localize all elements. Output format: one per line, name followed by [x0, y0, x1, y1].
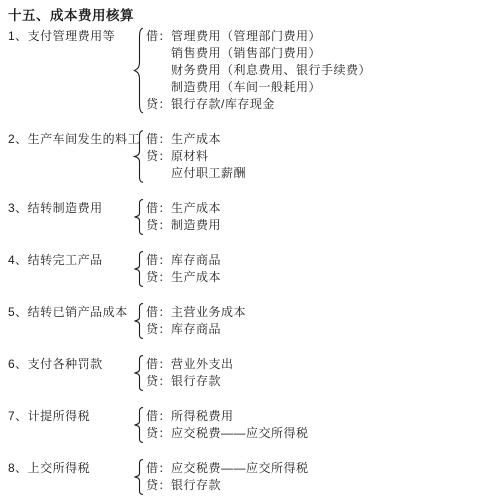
entry-lines: 借：生产成本贷：原材料应付职工薪酬	[146, 131, 472, 182]
entry-line: 贷：原材料	[146, 148, 472, 165]
curly-brace-icon	[132, 355, 144, 391]
account-text: 生产成本	[171, 270, 221, 284]
account-text: 主营业务成本	[171, 305, 246, 319]
item-label: 1、支付管理费用等	[8, 28, 132, 45]
item-label: 7、计提所得税	[8, 408, 132, 425]
items-container: 1、支付管理费用等借：管理费用（管理部门费用）销售费用（销售部门费用）财务费用（…	[8, 28, 472, 495]
entry-line: 财务费用（利息费用、银行手续费）	[146, 62, 472, 79]
curly-brace-icon	[132, 459, 144, 495]
journal-entry-item: 7、计提所得税借：所得税费用贷：应交税费——应交所得税	[8, 408, 472, 443]
entry-lines: 借：营业外支出贷：银行存款	[146, 356, 472, 390]
entry-line: 借：生产成本	[146, 200, 472, 217]
entry-line: 借：所得税费用	[146, 408, 472, 425]
entry-line: 制造费用（车间一般耗用）	[146, 79, 472, 96]
entry-line: 借：库存商品	[146, 252, 472, 269]
journal-entry-item: 1、支付管理费用等借：管理费用（管理部门费用）销售费用（销售部门费用）财务费用（…	[8, 28, 472, 114]
entry-line: 贷：银行存款	[146, 477, 472, 494]
debit-credit-label: 贷：	[146, 425, 171, 442]
item-label: 2、生产车间发生的料工	[8, 131, 132, 148]
entry-line: 贷：银行存款/库存现金	[146, 96, 472, 113]
entry-line: 借：营业外支出	[146, 356, 472, 373]
debit-credit-label: 借：	[146, 28, 171, 45]
entry-line: 借：生产成本	[146, 131, 472, 148]
debit-credit-label: 贷：	[146, 96, 171, 113]
item-label: 6、支付各种罚款	[8, 356, 132, 373]
debit-credit-label: 贷：	[146, 148, 171, 165]
debit-credit-label: 贷：	[146, 269, 171, 286]
debit-credit-label: 借：	[146, 200, 171, 217]
account-text: 制造费用（车间一般耗用）	[171, 80, 321, 94]
entry-line: 贷：应交税费——应交所得税	[146, 425, 472, 442]
entry-lines: 借：库存商品贷：生产成本	[146, 252, 472, 286]
debit-credit-label: 贷：	[146, 477, 171, 494]
item-label: 4、结转完工产品	[8, 252, 132, 269]
entry-lines: 借：管理费用（管理部门费用）销售费用（销售部门费用）财务费用（利息费用、银行手续…	[146, 28, 472, 113]
journal-entry-item: 8、上交所得税借：应交税费——应交所得税贷：银行存款	[8, 460, 472, 495]
debit-credit-label: 借：	[146, 460, 171, 477]
account-text: 财务费用（利息费用、银行手续费）	[171, 63, 371, 77]
entry-lines: 借：主营业务成本贷：库存商品	[146, 304, 472, 338]
account-text: 销售费用（销售部门费用）	[171, 46, 321, 60]
entry-line: 借：应交税费——应交所得税	[146, 460, 472, 477]
item-label: 5、结转已销产品成本	[8, 304, 132, 321]
entry-lines: 借：所得税费用贷：应交税费——应交所得税	[146, 408, 472, 442]
entry-line: 应付职工薪酬	[146, 165, 472, 182]
curly-brace-icon	[132, 27, 144, 114]
account-text: 银行存款	[171, 374, 221, 388]
journal-entry-item: 2、生产车间发生的料工借：生产成本贷：原材料应付职工薪酬	[8, 131, 472, 183]
account-text: 应付职工薪酬	[171, 166, 246, 180]
debit-credit-label: 借：	[146, 304, 171, 321]
journal-entry-item: 3、结转制造费用借：生产成本贷：制造费用	[8, 200, 472, 235]
entry-line: 销售费用（销售部门费用）	[146, 45, 472, 62]
entry-line: 贷：银行存款	[146, 373, 472, 390]
curly-brace-icon	[132, 407, 144, 443]
account-text: 生产成本	[171, 132, 221, 146]
account-text: 制造费用	[171, 218, 221, 232]
account-text: 银行存款	[171, 478, 221, 492]
entry-line: 贷：生产成本	[146, 269, 472, 286]
entry-line: 借：主营业务成本	[146, 304, 472, 321]
debit-credit-label: 贷：	[146, 373, 171, 390]
journal-entry-item: 6、支付各种罚款借：营业外支出贷：银行存款	[8, 356, 472, 391]
account-text: 生产成本	[171, 201, 221, 215]
entry-line: 贷：库存商品	[146, 321, 472, 338]
entry-line: 贷：制造费用	[146, 217, 472, 234]
account-text: 应交税费——应交所得税	[171, 426, 309, 440]
debit-credit-label: 借：	[146, 356, 171, 373]
item-label: 8、上交所得税	[8, 460, 132, 477]
journal-entry-item: 4、结转完工产品借：库存商品贷：生产成本	[8, 252, 472, 287]
entry-lines: 借：应交税费——应交所得税贷：银行存款	[146, 460, 472, 494]
account-text: 管理费用（管理部门费用）	[171, 29, 321, 43]
curly-brace-icon	[132, 130, 144, 183]
account-text: 应交税费——应交所得税	[171, 461, 309, 475]
account-text: 银行存款/库存现金	[171, 97, 275, 111]
curly-brace-icon	[132, 303, 144, 339]
curly-brace-icon	[132, 251, 144, 287]
curly-brace-icon	[132, 199, 144, 235]
account-text: 所得税费用	[171, 409, 234, 423]
entry-lines: 借：生产成本贷：制造费用	[146, 200, 472, 234]
item-label: 3、结转制造费用	[8, 200, 132, 217]
entry-line: 借：管理费用（管理部门费用）	[146, 28, 472, 45]
debit-credit-label: 借：	[146, 131, 171, 148]
document-page: 十五、成本费用核算 1、支付管理费用等借：管理费用（管理部门费用）销售费用（销售…	[0, 0, 478, 500]
account-text: 库存商品	[171, 253, 221, 267]
account-text: 库存商品	[171, 322, 221, 336]
account-text: 原材料	[171, 149, 209, 163]
debit-credit-label: 借：	[146, 408, 171, 425]
debit-credit-label: 贷：	[146, 217, 171, 234]
debit-credit-label: 借：	[146, 252, 171, 269]
debit-credit-label: 贷：	[146, 321, 171, 338]
page-title: 十五、成本费用核算	[8, 9, 472, 23]
account-text: 营业外支出	[171, 357, 234, 371]
journal-entry-item: 5、结转已销产品成本借：主营业务成本贷：库存商品	[8, 304, 472, 339]
